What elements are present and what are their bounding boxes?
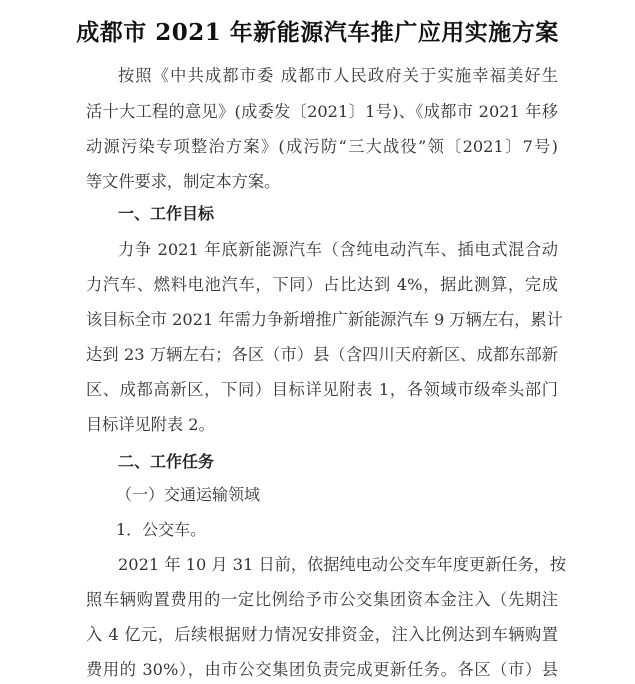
item-heading: 1．公交车。 bbox=[116, 519, 206, 541]
paragraph-line: 区、成都高新区，下同）目标详见附表 1，各领域市级牵头部门 bbox=[86, 379, 558, 401]
paragraph-line: 达到 23 万辆左右；各区（市）县（含四川天府新区、成都东部新 bbox=[86, 344, 558, 366]
paragraph-line: 力汽车、燃料电池汽车，下同）占比达到 4%，据此测算，完成 bbox=[86, 274, 558, 296]
paragraph-line: 2021 年 10 月 31 日前，依据纯电动公交车年度更新任务，按 bbox=[118, 554, 558, 576]
paragraph-line: 目标详见附表 2。 bbox=[86, 414, 558, 436]
paragraph-line: 按照《中共成都市委 成都市人民政府关于实施幸福美好生 bbox=[118, 65, 558, 87]
subsection-heading: （一）交通运输领域 bbox=[116, 484, 260, 506]
section-heading: 一、工作目标 bbox=[118, 203, 214, 225]
paragraph-line: 入 4 亿元，后续根据财力情况安排资金，注入比例达到车辆购置 bbox=[86, 624, 558, 646]
paragraph-line: 动源污染专项整治方案》(成污防“三大战役”领〔2021〕7号) bbox=[86, 136, 558, 158]
section-heading: 二、工作任务 bbox=[118, 451, 214, 473]
document-title: 成都市 2021 年新能源汽车推广应用实施方案 bbox=[0, 14, 635, 47]
paragraph-line: 力争 2021 年底新能源汽车（含纯电动汽车、插电式混合动 bbox=[118, 239, 558, 261]
paragraph-line: 照车辆购置费用的一定比例给予市公交集团资本金注入（先期注 bbox=[86, 589, 558, 611]
paragraph-line: 费用的 30%），由市公交集团负责完成更新任务。各区（市）县 bbox=[86, 659, 558, 681]
paragraph-line: 等文件要求，制定本方案。 bbox=[86, 171, 558, 193]
paragraph-line: 该目标全市 2021 年需力争新增推广新能源汽车 9 万辆左右，累计 bbox=[86, 309, 558, 331]
paragraph-line: 活十大工程的意见》(成委发〔2021〕1号)、《成都市 2021 年移 bbox=[86, 101, 558, 123]
